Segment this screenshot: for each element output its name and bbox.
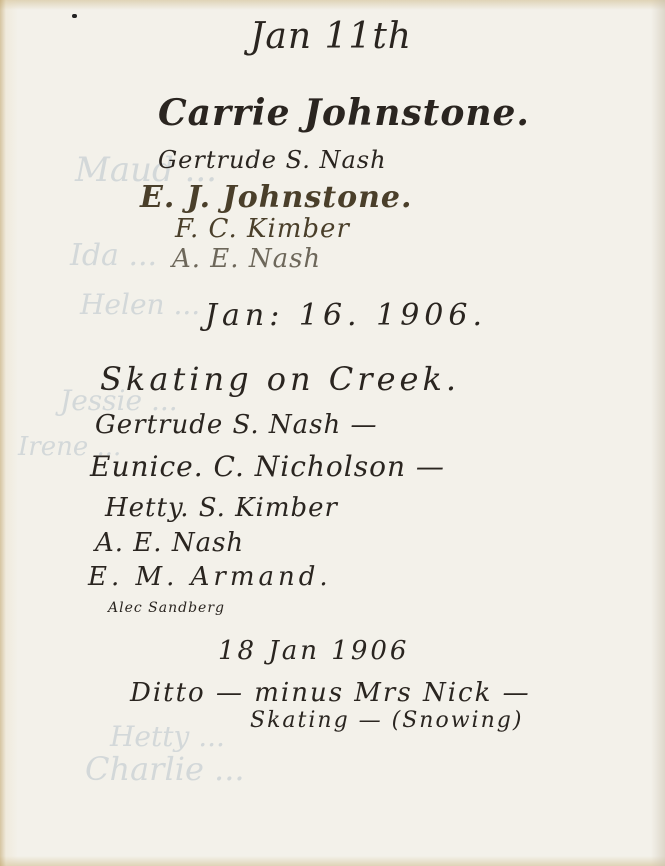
entry2-signature: Eunice. C. Nicholson — [90, 450, 445, 483]
ink-speck [72, 14, 77, 18]
entry2-signature: E. M. Armand. [88, 562, 332, 592]
entry1-signature: Carrie Johnstone. [158, 92, 530, 134]
entry2-signature: Hetty. S. Kimber [105, 493, 338, 523]
entry2-signature: Gertrude S. Nash — [95, 410, 378, 440]
bleed-through-text: Charlie ... [85, 750, 245, 788]
bleed-through-text: Ida ... [70, 238, 157, 273]
entry3-note: Ditto — minus Mrs Nick — [130, 678, 531, 708]
entry2-signature: Alec Sandberg [108, 600, 225, 616]
entry3-date: 18 Jan 1906 [218, 636, 409, 666]
entry1-signature: A. E. Nash [172, 244, 321, 274]
entry3-note: Skating — (Snowing) [250, 708, 523, 733]
document-page: Maud ... Ida ... Helen ... Jessie ... Ir… [0, 0, 665, 866]
entry1-signature: E. J. Johnstone. [140, 180, 412, 215]
entry2-date: Jan: 16. 1906. [205, 298, 487, 333]
entry2-activity: Skating on Creek. [100, 360, 460, 398]
entry1-date: Jan 11th [250, 16, 412, 57]
entry2-signature: A. E. Nash [95, 528, 244, 558]
bleed-through-text: Hetty ... [110, 720, 225, 753]
bleed-through-text: Helen ... [80, 288, 200, 321]
entry1-signature: F. C. Kimber [175, 214, 350, 244]
entry1-signature: Gertrude S. Nash [158, 146, 387, 174]
